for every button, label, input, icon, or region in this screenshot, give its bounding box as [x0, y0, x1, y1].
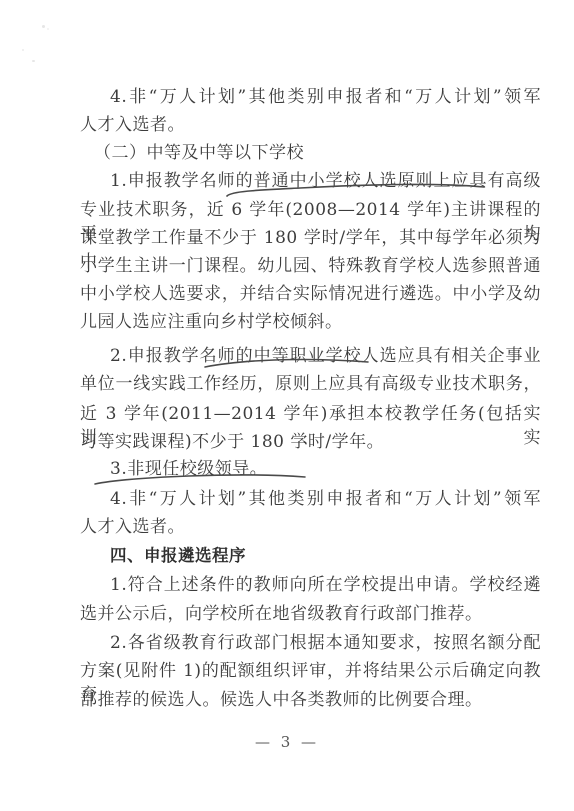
text-line: 1.申报教学名师的普通中小学校人选原则上应具有高级: [80, 169, 541, 193]
text-line: 小学生主讲一门课程。幼儿园、特殊教育学校人选参照普通: [80, 254, 541, 278]
section-heading: （二）中等及中等以下学校: [80, 141, 541, 165]
text-line: 4.非“万人计划”其他类别申报者和“万人计划”领军: [80, 85, 541, 109]
text-line: 儿园人选应注重向乡村学校倾斜。: [80, 310, 541, 334]
text-line: 单位一线实践工作经历，原则上应具有高级专业技术职务，: [80, 372, 541, 396]
text-line: 人才入选者。: [80, 515, 541, 539]
text-line: 4.非“万人计划”其他类别申报者和“万人计划”领军: [80, 487, 541, 511]
text-line: 部推荐的候选人。候选人中各类教师的比例要合理。: [80, 688, 541, 712]
scanned-document-page: 4.非“万人计划”其他类别申报者和“万人计划”领军 人才入选者。 （二）中等及中…: [0, 0, 574, 811]
text-line: 2.申报教学名师的中等职业学校人选应具有相关企事业: [80, 344, 541, 368]
scan-speckle: [42, 25, 45, 28]
text-line: 1.符合上述条件的教师向所在学校提出申请。学校经遴: [80, 573, 541, 597]
text-line: 近 3 学年(2011—2014 学年)承担本校教学任务(包括实训、实: [80, 402, 541, 426]
scan-speckle: [22, 49, 24, 51]
text-line: 课堂教学工作量不少于 180 学时/学年，其中每学年必须为中: [80, 226, 541, 250]
section-title: 四、申报遴选程序: [80, 544, 541, 568]
text-line: 方案(见附件 1)的配额组织评审，并将结果公示后确定向教育: [80, 659, 541, 683]
scan-speckle: [47, 28, 49, 30]
text-line: 选并公示后，向学校所在地省级教育行政部门推荐。: [80, 602, 541, 626]
text-line: 2.各省级教育行政部门根据本通知要求，按照名额分配: [80, 631, 541, 655]
text-line: 3.非现任校级领导。: [80, 457, 541, 481]
text-line: 专业技术职务，近 6 学年(2008—2014 学年)主讲课程的平均: [80, 198, 541, 222]
page-number: — 3 —: [0, 733, 574, 751]
text-line: 习等实践课程)不少于 180 学时/学年。: [80, 430, 541, 454]
text-line: 人才入选者。: [80, 113, 541, 137]
text-line: 中小学校人选要求，并结合实际情况进行遴选。中小学及幼: [80, 282, 541, 306]
scan-speckle: [32, 60, 35, 62]
